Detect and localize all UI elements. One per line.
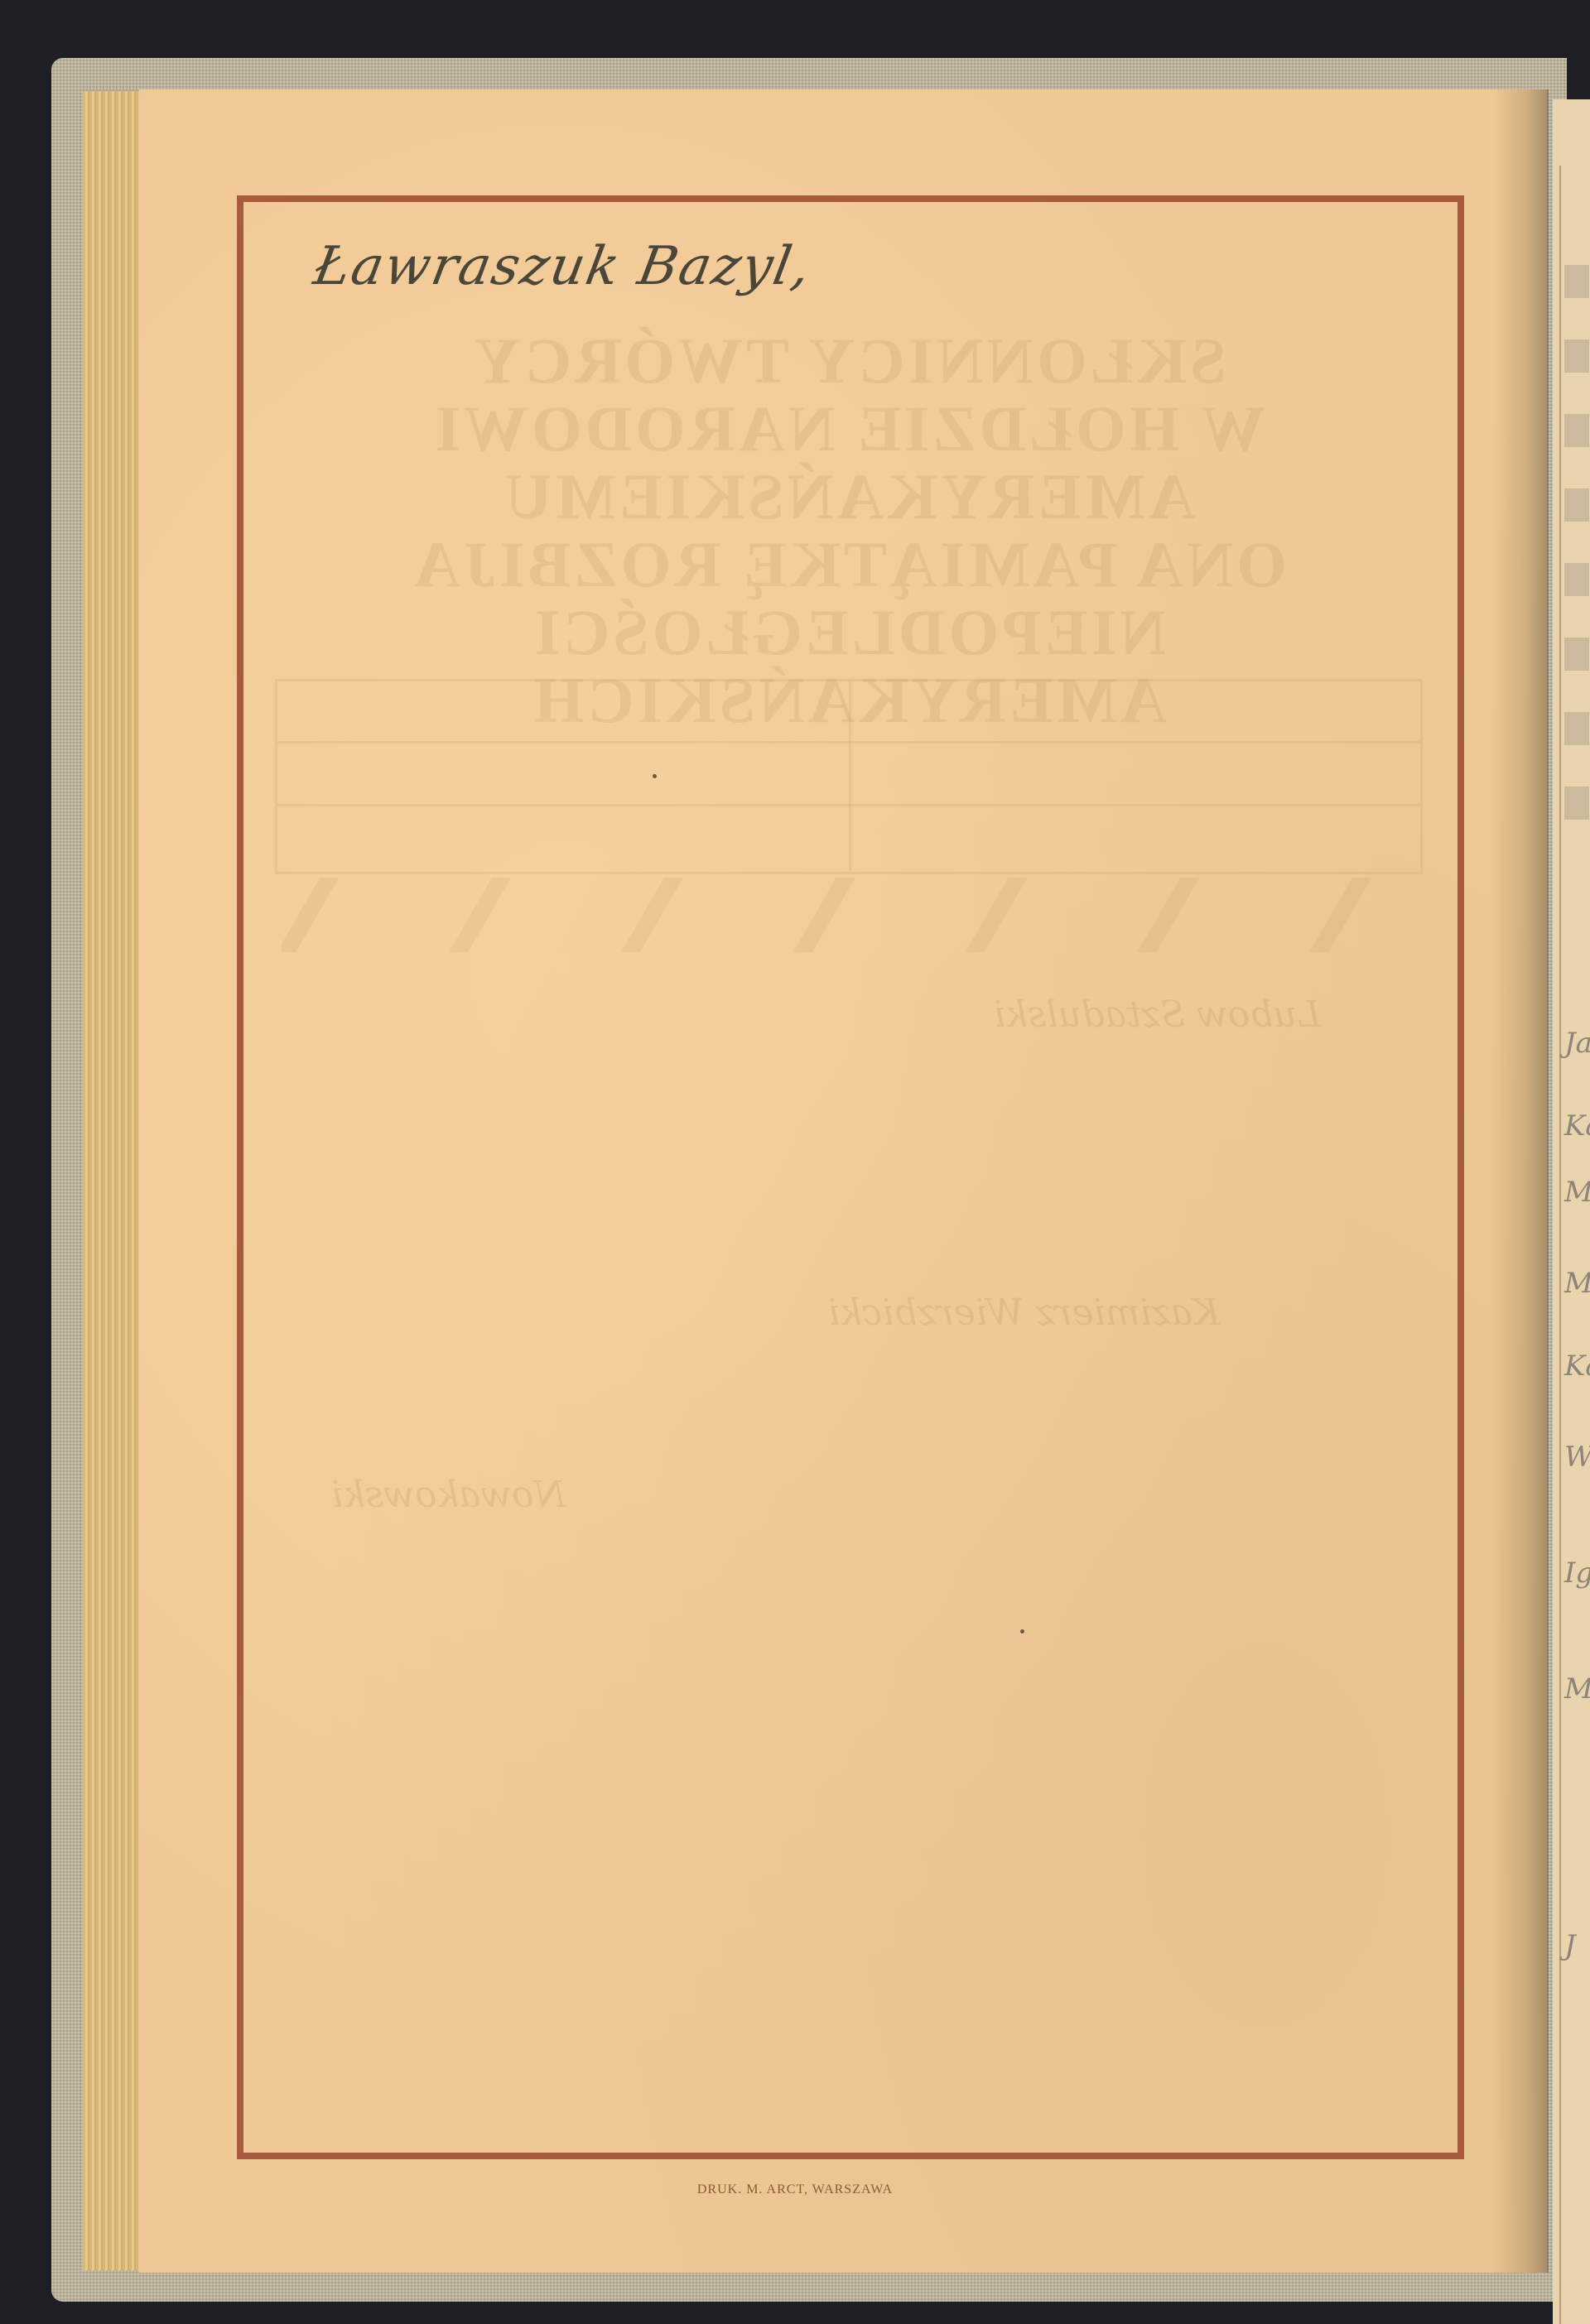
next-page-name: Ma (1564, 1176, 1590, 1209)
paper-speck (1020, 1629, 1024, 1634)
next-page-name: Ig (1564, 1557, 1590, 1590)
next-page-name: Ka (1564, 1109, 1590, 1143)
next-page-name: Ka (1564, 1350, 1590, 1383)
next-page-name: J (1564, 1929, 1576, 1962)
next-page-rule (1559, 166, 1561, 2324)
next-page-name: W (1564, 1441, 1590, 1474)
printer-imprint: DRUK. M. ARCT, WARSZAWA (0, 2182, 1590, 2197)
handwritten-name: Ławraszuk Bazyl, (309, 236, 816, 297)
next-page-name: Ma (1564, 1672, 1590, 1706)
next-page-name: Ja (1564, 1027, 1590, 1060)
next-page-ornament (1564, 265, 1589, 861)
page-border-frame (237, 195, 1464, 2159)
paper-speck (653, 774, 657, 778)
page-edges (83, 91, 141, 2270)
next-page-edge: Ja Ka Ma Ma Ka W Ig Ma J (1553, 99, 1590, 2324)
next-page-name: Ma (1564, 1267, 1590, 1300)
gutter-shadow (1491, 89, 1549, 2273)
